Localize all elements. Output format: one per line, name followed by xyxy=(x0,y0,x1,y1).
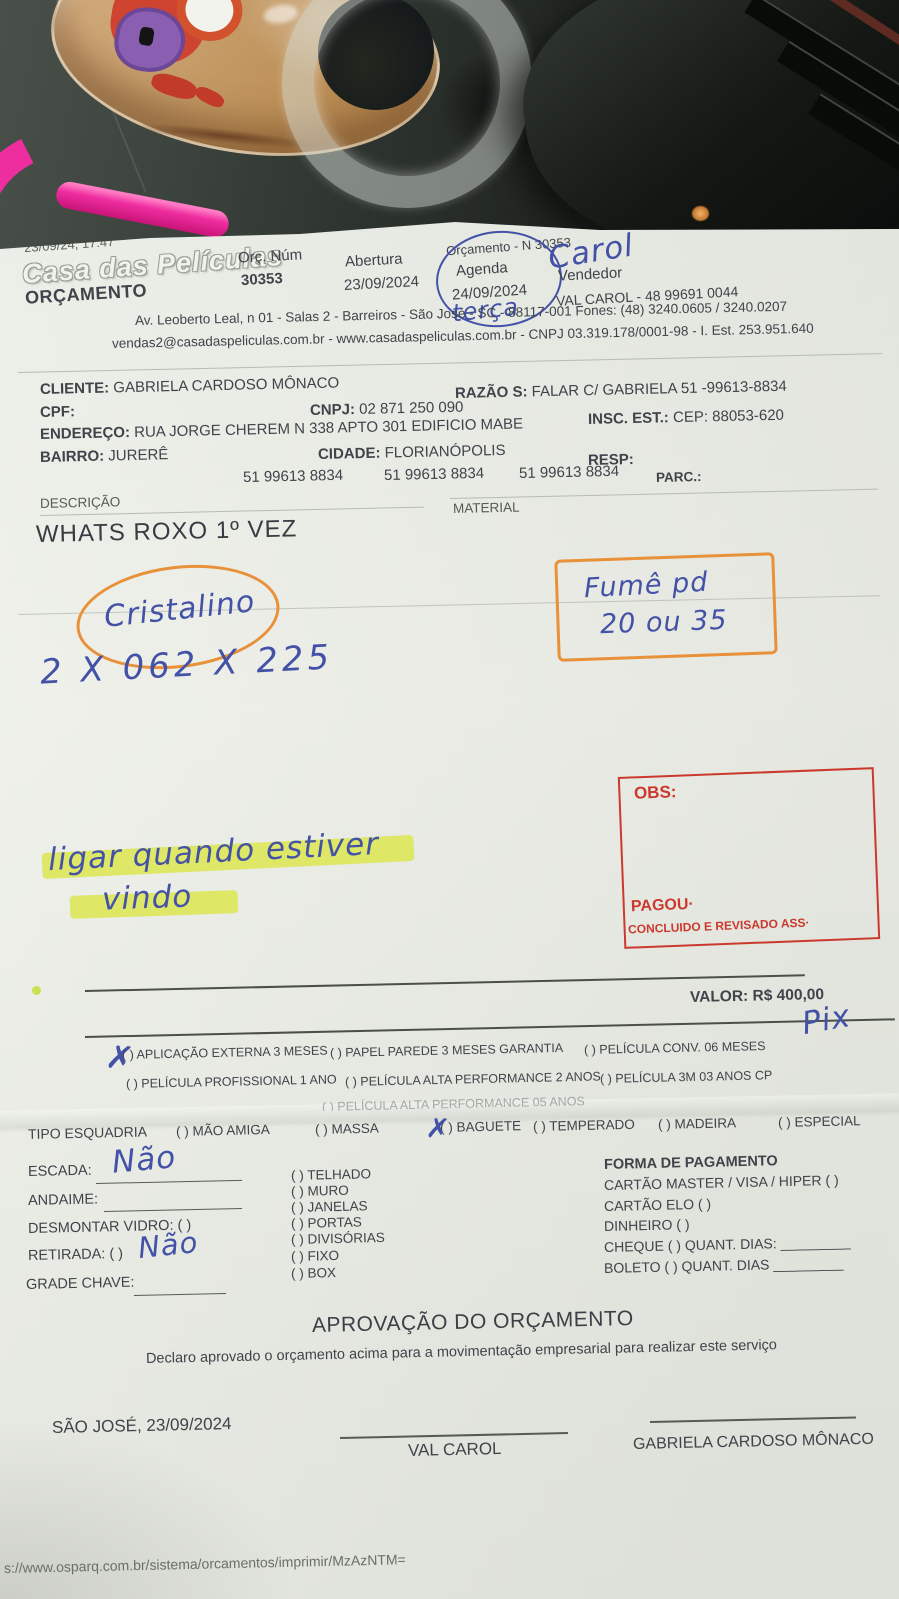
site-checkbox-telhado: ( ) TELHADO xyxy=(291,1166,371,1183)
site-checkbox-fixo: ( ) FIXO xyxy=(291,1248,339,1264)
esquadria-label: TIPO ESQUADRIA xyxy=(28,1123,147,1142)
cidade-value: FLORIANÓPOLIS xyxy=(384,442,505,462)
site-checkbox-box: ( ) BOX xyxy=(291,1265,336,1281)
cnpj-label: CNPJ: xyxy=(310,401,355,419)
reflection-glint xyxy=(692,206,709,221)
phone-3: 51 99613 8834 xyxy=(519,463,619,482)
handwritten-escada-nao: Não xyxy=(111,1139,178,1180)
esquadria-opt-3: ( ) BAGUETE xyxy=(440,1118,521,1135)
mug-art-paw xyxy=(149,70,199,103)
bairro-row: BAIRRO: JURERÊ xyxy=(40,446,169,466)
site-checkbox-divisorias: ( ) DIVISÓRIAS xyxy=(291,1230,385,1247)
pagou-label: PAGOU· xyxy=(631,896,694,916)
esquadria-opt-1: ( ) MÃO AMIGA xyxy=(176,1122,270,1139)
grade-label: GRADE CHAVE: xyxy=(26,1275,135,1293)
cidade-label: CIDADE: xyxy=(318,445,381,463)
mug-handle xyxy=(266,0,548,224)
cpf-label: CPF: xyxy=(40,403,75,421)
obs-label: OBS: xyxy=(634,782,677,804)
orc-num-value: 30353 xyxy=(241,270,284,289)
insc-value: CEP: 88053-620 xyxy=(673,407,784,426)
material-label: MATERIAL xyxy=(453,500,520,516)
valor-label: VALOR: R$ 400,00 xyxy=(690,986,824,1007)
insc-label: INSC. EST.: xyxy=(588,409,669,428)
handwritten-retirada-nao: Não xyxy=(136,1225,199,1265)
city-date: SÃO JOSÉ, 23/09/2024 xyxy=(52,1414,232,1438)
handwritten-fume-sizes: 20 ou 35 xyxy=(599,605,728,640)
razao-label: RAZÃO S: xyxy=(455,383,528,402)
handwritten-note-line2: vindo xyxy=(101,878,192,917)
bairro-value: JURERÊ xyxy=(108,446,168,464)
cnpj-value: 02 871 250 090 xyxy=(359,399,464,418)
parc-label: PARC.: xyxy=(656,469,702,485)
mug-art-script xyxy=(193,84,226,110)
esquadria-opt-5: ( ) MADEIRA xyxy=(658,1115,736,1132)
bairro-label: BAIRRO: xyxy=(40,448,105,466)
endereco-label: ENDEREÇO: xyxy=(40,424,130,443)
abertura-label: Abertura xyxy=(345,251,403,271)
handwritten-check-baguete: ✗ xyxy=(424,1111,452,1146)
esquadria-opt-6: ( ) ESPECIAL xyxy=(778,1113,861,1130)
desk-photo-strip xyxy=(0,0,899,254)
retirada-label: RETIRADA: ( ) xyxy=(28,1246,123,1264)
descricao-label: DESCRIÇÃO xyxy=(40,494,121,511)
payment-opt-elo: CARTÃO ELO ( ) xyxy=(604,1196,711,1214)
glass-glare xyxy=(262,3,298,26)
payment-opt-dinheiro: DINHEIRO ( ) xyxy=(604,1216,690,1234)
cpf-row: CPF: xyxy=(40,403,75,421)
phone-1: 51 99613 8834 xyxy=(243,467,343,486)
highlighter-dot xyxy=(32,986,41,995)
esquadria-opt-4: ( ) TEMPERADO xyxy=(533,1117,635,1134)
site-checkbox-muro: ( ) MURO xyxy=(291,1183,349,1199)
photographed-budget-document: { "colors":{"paper":"#eef0e9","ink":"#3f… xyxy=(0,0,899,1599)
phone-2: 51 99613 8834 xyxy=(384,465,484,484)
description-item: WHATS ROXO 1º VEZ xyxy=(36,515,298,549)
site-checkbox-janelas: ( ) JANELAS xyxy=(291,1198,368,1215)
cliente-label: CLIENTE: xyxy=(40,379,110,398)
esquadria-opt-2: ( ) MASSA xyxy=(315,1121,379,1137)
handwritten-fume: Fumê pd xyxy=(583,567,709,604)
site-checkbox-portas: ( ) PORTAS xyxy=(291,1214,362,1231)
andaime-label: ANDAIME: xyxy=(28,1191,98,1209)
vendedor-label: Vendedor xyxy=(558,264,623,284)
escada-label: ESCADA: xyxy=(28,1163,92,1180)
agenda-label: Agenda xyxy=(455,259,508,280)
signature-name-vendor: VAL CAROL xyxy=(408,1439,502,1461)
cnpj-row: CNPJ: 02 871 250 090 xyxy=(310,399,464,419)
orc-num-label: Orç. Núm xyxy=(238,246,303,266)
